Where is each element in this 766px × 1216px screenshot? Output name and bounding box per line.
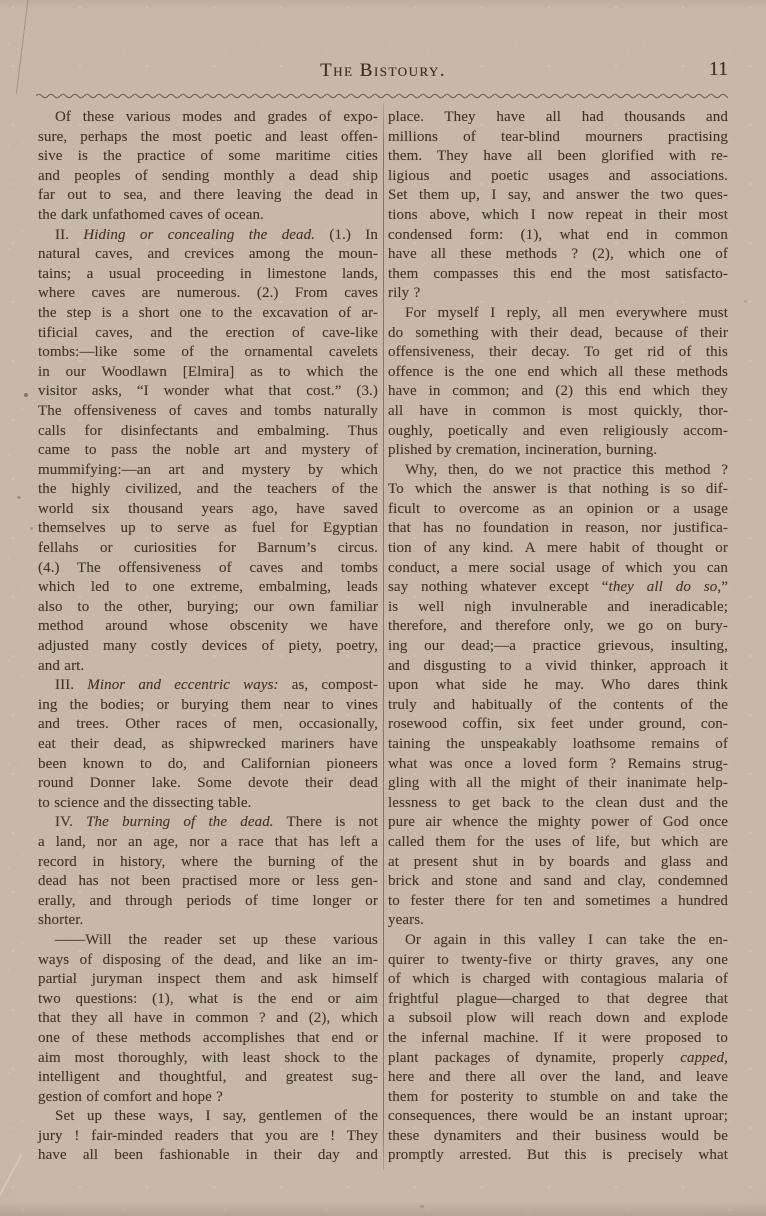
text-line: millions of tear-blind mourners practisi… bbox=[388, 128, 728, 148]
text-line: truly and habitually of the contents of … bbox=[388, 696, 728, 716]
text-line: ing the bodies; or burying them near to … bbox=[38, 696, 378, 716]
text-line: plant packages of dynamite, properly cap… bbox=[388, 1049, 728, 1069]
text-line: dead has not been practised more or less… bbox=[38, 872, 378, 892]
text-run: III. bbox=[55, 677, 87, 693]
text-line: here and there all over the land, and le… bbox=[388, 1068, 728, 1088]
text-line: tombs:—like some of the ornamental cavel… bbox=[38, 343, 378, 363]
text-line: gestion of comfort and hope ? bbox=[38, 1088, 378, 1108]
page-crease-bottom-left bbox=[0, 1155, 22, 1202]
text-run: , bbox=[724, 1050, 728, 1066]
text-line: The offensiveness of caves and tombs nat… bbox=[38, 402, 378, 422]
text-line: Why, then, do we not practice this metho… bbox=[388, 461, 728, 481]
text-line: the dark unfathomed caves of ocean. bbox=[38, 206, 378, 226]
text-line: aim most thoroughly, with least shock to… bbox=[38, 1049, 378, 1069]
column-divider bbox=[383, 103, 384, 1170]
text-line: mummifying:—an art and mystery by which bbox=[38, 461, 378, 481]
text-line: shorter. bbox=[38, 911, 378, 931]
text-line: ing our dead;—a practice grievous, insul… bbox=[388, 637, 728, 657]
text-line: Set them up, I say, and answer the two q… bbox=[388, 186, 728, 206]
paper-speck bbox=[17, 496, 21, 499]
text-line: quirer to twenty-five or thirty graves, … bbox=[388, 951, 728, 971]
text-line: visitor asks, “I wonder what that cost.”… bbox=[38, 382, 378, 402]
text-line: came to pass the noble art and mystery o… bbox=[38, 441, 378, 461]
text-line: frightful plague—charged to that degree … bbox=[388, 990, 728, 1010]
text-line: lessness to get back to the clean dust a… bbox=[388, 794, 728, 814]
text-run: ,” bbox=[717, 579, 728, 595]
text-line: offence is the one end which all these m… bbox=[388, 363, 728, 383]
text-line: method around whose obscenity we have bbox=[38, 617, 378, 637]
text-run: say nothing whatever except “ bbox=[388, 579, 609, 595]
scanned-page: The Bistoury. 11 Of these various modes … bbox=[0, 0, 766, 1216]
text-line: erally, and through periods of time long… bbox=[38, 892, 378, 912]
text-line: of which is charged with contagious mala… bbox=[388, 970, 728, 990]
text-line: that has no foundation in reason, nor ju… bbox=[388, 519, 728, 539]
text-line: intelligent and thoughtful, and greatest… bbox=[38, 1068, 378, 1088]
text-line: consequences, there would be an instant … bbox=[388, 1107, 728, 1127]
text-line: natural caves, and crevices among the mo… bbox=[38, 245, 378, 265]
text-line: to science and the dissecting table. bbox=[38, 794, 378, 814]
text-line: have all these methods ? (2), which one … bbox=[388, 245, 728, 265]
text-line: far out to sea, and there leaving the de… bbox=[38, 186, 378, 206]
text-line: the infernal machine. If it were propose… bbox=[388, 1029, 728, 1049]
text-line: a land, nor an age, nor a race that has … bbox=[38, 833, 378, 853]
text-line: sive is the practice of some maritime ci… bbox=[38, 147, 378, 167]
text-line: conduct, a mere social usage of which yo… bbox=[388, 559, 728, 579]
text-line: what was once a loved form ? Remains str… bbox=[388, 755, 728, 775]
text-line: Or again in this valley I can take the e… bbox=[388, 931, 728, 951]
text-line: them for posterity to stumble on and tak… bbox=[388, 1088, 728, 1108]
text-line: sure, perhaps the most poetic and least … bbox=[38, 128, 378, 148]
text-line: have all been fashionable in their day a… bbox=[38, 1146, 378, 1166]
text-line: rosewood coffin, six feet under ground, … bbox=[388, 715, 728, 735]
text-line: (4.) The offensiveness of caves and tomb… bbox=[38, 559, 378, 579]
text-line: tion of any kind. A mere habit of though… bbox=[388, 539, 728, 559]
text-line: III. Minor and eccentric ways: as, compo… bbox=[38, 676, 378, 696]
text-line: and disgusting to a vivid thinker, appro… bbox=[388, 657, 728, 677]
text-line: that they all have in common ? and (2), … bbox=[38, 1009, 378, 1029]
text-line: and art. bbox=[38, 657, 378, 677]
text-line: all have in common is most quickly, thor… bbox=[388, 402, 728, 422]
text-line: years. bbox=[388, 911, 728, 931]
text-line: two questions: (1), what is the end or a… bbox=[38, 990, 378, 1010]
text-line: a subsoil plow will reach down and explo… bbox=[388, 1009, 728, 1029]
text-line: fellahs or curiosities for Barnum’s circ… bbox=[38, 539, 378, 559]
text-line: and peoples of sending monthly a dead sh… bbox=[38, 167, 378, 187]
text-line: do something with their dead, because of… bbox=[388, 324, 728, 344]
paper-speck bbox=[420, 1205, 424, 1208]
text-line: tions above, which I now repeat in their… bbox=[388, 206, 728, 226]
text-line: have in common; and (2) this end which t… bbox=[388, 382, 728, 402]
text-line: ——Will the reader set up these various bbox=[38, 931, 378, 951]
text-line: promptly arrested. But this is precisely… bbox=[388, 1146, 728, 1166]
text-line: For myself I reply, all men everywhere m… bbox=[388, 304, 728, 324]
text-line: jury ! fair-minded readers that you are … bbox=[38, 1127, 378, 1147]
text-line: one of these methods accomplishes that e… bbox=[38, 1029, 378, 1049]
italic-text-run: Minor and eccentric ways: bbox=[87, 677, 278, 693]
text-line: gling with all the might of their inanim… bbox=[388, 774, 728, 794]
italic-text-run: The burning of the dead. bbox=[86, 814, 274, 830]
text-line: say nothing whatever except “they all do… bbox=[388, 578, 728, 598]
text-line: the step is a short one to the excavatio… bbox=[38, 304, 378, 324]
text-line: ways of disposing of the dead, and like … bbox=[38, 951, 378, 971]
text-run: (1.) In bbox=[315, 227, 378, 243]
text-line: in our Woodlawn [Elmira] as to which the bbox=[38, 363, 378, 383]
text-line: called them for the uses of life, but wh… bbox=[388, 833, 728, 853]
text-line: therefore, and therefore only, we go on … bbox=[388, 617, 728, 637]
italic-text-run: capped bbox=[680, 1050, 724, 1066]
text-line: adjusted many costly devices of piety, p… bbox=[38, 637, 378, 657]
text-line: round Donner lake. Some devote their dea… bbox=[38, 774, 378, 794]
column-right: place. They have all had thousands andmi… bbox=[388, 108, 728, 1166]
text-line: which led to one extreme, embalming, lea… bbox=[38, 578, 378, 598]
text-line: brick and stone and sand and clay, conde… bbox=[388, 872, 728, 892]
text-line: these dynamiters and their business woul… bbox=[388, 1127, 728, 1147]
text-line: ficult to overcome as an opinion or a us… bbox=[388, 500, 728, 520]
text-line: tificial caves, and the erection of cave… bbox=[38, 324, 378, 344]
wavy-rule bbox=[36, 91, 728, 101]
text-run: as, compost- bbox=[279, 677, 378, 693]
text-line: plished by cremation, incineration, burn… bbox=[388, 441, 728, 461]
text-line: tains; a usual proceeding in limestone l… bbox=[38, 265, 378, 285]
paper-speck bbox=[24, 393, 28, 397]
text-line: taining the unspeakably loathsome remain… bbox=[388, 735, 728, 755]
text-line: partial juryman inspect them and ask him… bbox=[38, 970, 378, 990]
text-line: IV. The burning of the dead. There is no… bbox=[38, 813, 378, 833]
text-line: rily ? bbox=[388, 284, 728, 304]
page-crease-top-left bbox=[16, 0, 29, 94]
text-line: the highly civilized, and the teachers o… bbox=[38, 480, 378, 500]
text-run: plant packages of dynamite, properly bbox=[388, 1050, 680, 1066]
text-line: record in history, where the burning of … bbox=[38, 853, 378, 873]
text-line: to fester there for ten and sometimes a … bbox=[388, 892, 728, 912]
text-line: eat their dead, as shipwrecked mariners … bbox=[38, 735, 378, 755]
text-line: Of these various modes and grades of exp… bbox=[38, 108, 378, 128]
text-line: calls for disinfectants and embalming. T… bbox=[38, 422, 378, 442]
text-line: ligious and poetic usages and associatio… bbox=[388, 167, 728, 187]
text-line: them compasses this end the most satisfa… bbox=[388, 265, 728, 285]
text-line: also to the other, burying; our own fami… bbox=[38, 598, 378, 618]
text-line: where caves are numerous. (2.) From cave… bbox=[38, 284, 378, 304]
text-line: Set up these ways, I say, gentlemen of t… bbox=[38, 1107, 378, 1127]
text-line: world six thousand years ago, have saved bbox=[38, 500, 378, 520]
text-run: There is not bbox=[274, 814, 378, 830]
text-line: and trees. Other races of men, occasiona… bbox=[38, 715, 378, 735]
text-line: is well nigh invulnerable and ineradicab… bbox=[388, 598, 728, 618]
text-line: condensed form: (1), what end in common bbox=[388, 226, 728, 246]
text-line: them. They have all been glorified with … bbox=[388, 147, 728, 167]
text-line: II. Hiding or concealing the dead. (1.) … bbox=[38, 226, 378, 246]
italic-text-run: Hiding or concealing the dead. bbox=[83, 227, 315, 243]
page-title: The Bistoury. bbox=[38, 60, 728, 82]
italic-text-run: they all do so bbox=[609, 579, 718, 595]
text-line: offensiveness, their decay. To get rid o… bbox=[388, 343, 728, 363]
paper-speck bbox=[744, 300, 747, 303]
text-line: been known to do, and Californian pionee… bbox=[38, 755, 378, 775]
text-line: place. They have all had thousands and bbox=[388, 108, 728, 128]
text-line: oughly, poetically and even religiously … bbox=[388, 422, 728, 442]
text-line: To which the answer is that nothing is s… bbox=[388, 480, 728, 500]
text-line: themselves up to serve as fuel for Egypt… bbox=[38, 519, 378, 539]
paper-speck bbox=[30, 527, 33, 530]
text-line: at present shut in by boards and glass a… bbox=[388, 853, 728, 873]
text-line: pure air whence the mighty power of God … bbox=[388, 813, 728, 833]
page-header: The Bistoury. 11 bbox=[38, 60, 728, 86]
page-number: 11 bbox=[709, 58, 728, 81]
text-run: II. bbox=[55, 227, 83, 243]
text-run: IV. bbox=[55, 814, 86, 830]
column-left: Of these various modes and grades of exp… bbox=[38, 108, 378, 1166]
text-line: upon what side he may. Who dares think bbox=[388, 676, 728, 696]
